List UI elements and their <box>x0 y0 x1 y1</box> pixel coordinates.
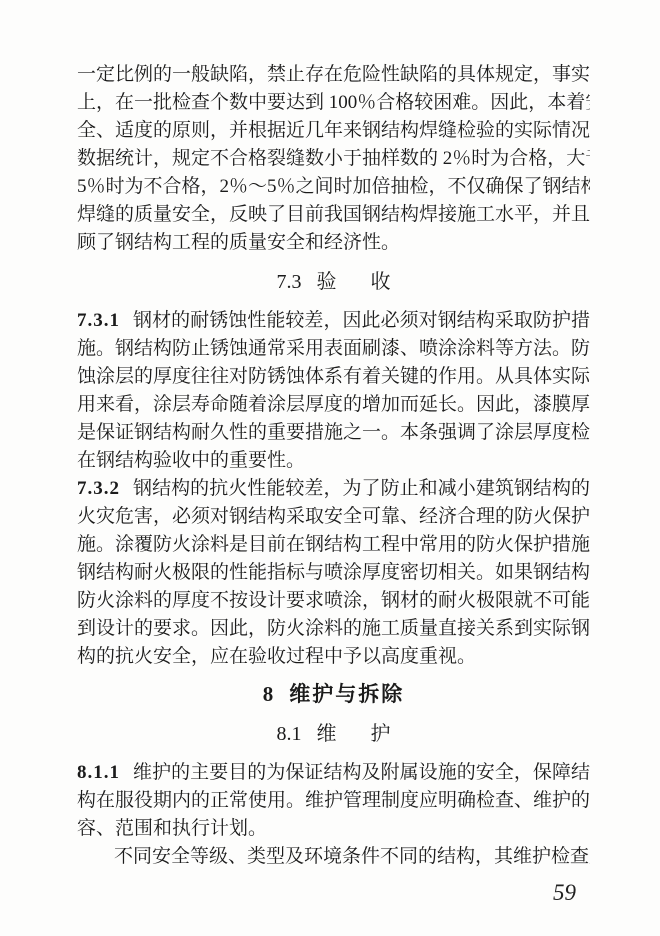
heading-number: 8.1 <box>277 723 302 745</box>
text-line: 构的抗火安全，应在验收过程中予以高度重视。 <box>77 643 590 671</box>
text-line: 上，在一批检查个数中要达到 100％合格较困难。因此，本着安 <box>77 89 590 117</box>
page-number: 59 <box>553 880 576 906</box>
text-line: 8.1.1维护的主要目的为保证结构及附属设施的安全，保障结 <box>77 759 590 787</box>
heading-number: 8 <box>263 682 274 706</box>
heading-number: 7.3 <box>277 271 302 293</box>
page-content: 一定比例的一般缺陷，禁止存在危险性缺陷的具体规定，事实上，在一批检查个数中要达到… <box>77 61 590 871</box>
text-line: 7.3.1钢材的耐锈蚀性能较差，因此必须对钢结构采取防护措 <box>77 307 590 335</box>
document-page: 一定比例的一般缺陷，禁止存在危险性缺陷的具体规定，事实上，在一批检查个数中要达到… <box>0 0 660 936</box>
text-line: 顾了钢结构工程的质量安全和经济性。 <box>77 229 590 257</box>
clause-number: 8.1.1 <box>77 762 120 783</box>
heading-title: 维 护 <box>317 723 398 745</box>
heading-title: 验 收 <box>317 271 398 293</box>
text-line: 用来看，涂层寿命随着涂层厚度的增加而延长。因此，漆膜厚度 <box>77 391 590 419</box>
section-heading: 8.1维 护 <box>77 720 590 748</box>
section-heading: 7.3验 收 <box>77 268 590 296</box>
body-paragraph: 不同安全等级、类型及环境条件不同的结构，其维护检查及 <box>77 843 590 871</box>
text-line: 7.3.2钢结构的抗火性能较差，为了防止和减小建筑钢结构的 <box>77 475 590 503</box>
text-line: 施。涂覆防火涂料是目前在钢结构工程中常用的防火保护措施。 <box>77 531 590 559</box>
text-line: 一定比例的一般缺陷，禁止存在危险性缺陷的具体规定，事实 <box>77 61 590 89</box>
clause-paragraph: 7.3.2钢结构的抗火性能较差，为了防止和减小建筑钢结构的火灾危害，必须对钢结构… <box>77 475 590 671</box>
text-line: 数据统计，规定不合格裂缝数小于抽样数的 2％时为合格，大于 <box>77 145 590 173</box>
text-line: 容、范围和执行计划。 <box>77 815 590 843</box>
clause-text: 钢结构的抗火性能较差，为了防止和减小建筑钢结构的 <box>133 478 590 499</box>
text-line: 5％时为不合格，2％～5％之间时加倍抽检，不仅确保了钢结构 <box>77 173 590 201</box>
text-line: 全、适度的原则，并根据近几年来钢结构焊缝检验的实际情况及 <box>77 117 590 145</box>
text-line: 不同安全等级、类型及环境条件不同的结构，其维护检查及 <box>77 843 590 871</box>
body-paragraph: 一定比例的一般缺陷，禁止存在危险性缺陷的具体规定，事实上，在一批检查个数中要达到… <box>77 61 590 257</box>
text-line: 施。钢结构防止锈蚀通常采用表面刷漆、喷涂涂料等方法。防锈 <box>77 335 590 363</box>
chapter-heading: 8维护与拆除 <box>77 679 590 709</box>
clause-text: 钢材的耐锈蚀性能较差，因此必须对钢结构采取防护措 <box>133 310 590 331</box>
clause-paragraph: 7.3.1钢材的耐锈蚀性能较差，因此必须对钢结构采取防护措施。钢结构防止锈蚀通常… <box>77 307 590 475</box>
text-line: 火灾危害，必须对钢结构采取安全可靠、经济合理的防火保护措 <box>77 503 590 531</box>
clause-number: 7.3.2 <box>77 478 120 499</box>
text-line: 是保证钢结构耐久性的重要措施之一。本条强调了涂层厚度检测 <box>77 419 590 447</box>
text-line: 防火涂料的厚度不按设计要求喷涂，钢材的耐火极限就不可能达 <box>77 587 590 615</box>
text-line: 钢结构耐火极限的性能指标与喷涂厚度密切相关。如果钢结构的 <box>77 559 590 587</box>
text-line: 焊缝的质量安全，反映了目前我国钢结构焊接施工水平，并且兼 <box>77 201 590 229</box>
clause-text: 维护的主要目的为保证结构及附属设施的安全，保障结 <box>133 762 590 783</box>
text-line: 蚀涂层的厚度往往对防锈蚀体系有着关键的作用。从具体实际使 <box>77 363 590 391</box>
heading-title: 维护与拆除 <box>289 682 404 706</box>
clause-paragraph: 8.1.1维护的主要目的为保证结构及附属设施的安全，保障结构在服役期内的正常使用… <box>77 759 590 843</box>
text-line: 构在服役期内的正常使用。维护管理制度应明确检查、维护的内 <box>77 787 590 815</box>
clause-number: 7.3.1 <box>77 310 120 331</box>
text-line: 在钢结构验收中的重要性。 <box>77 447 590 475</box>
text-line: 到设计的要求。因此，防火涂料的施工质量直接关系到实际钢结 <box>77 615 590 643</box>
